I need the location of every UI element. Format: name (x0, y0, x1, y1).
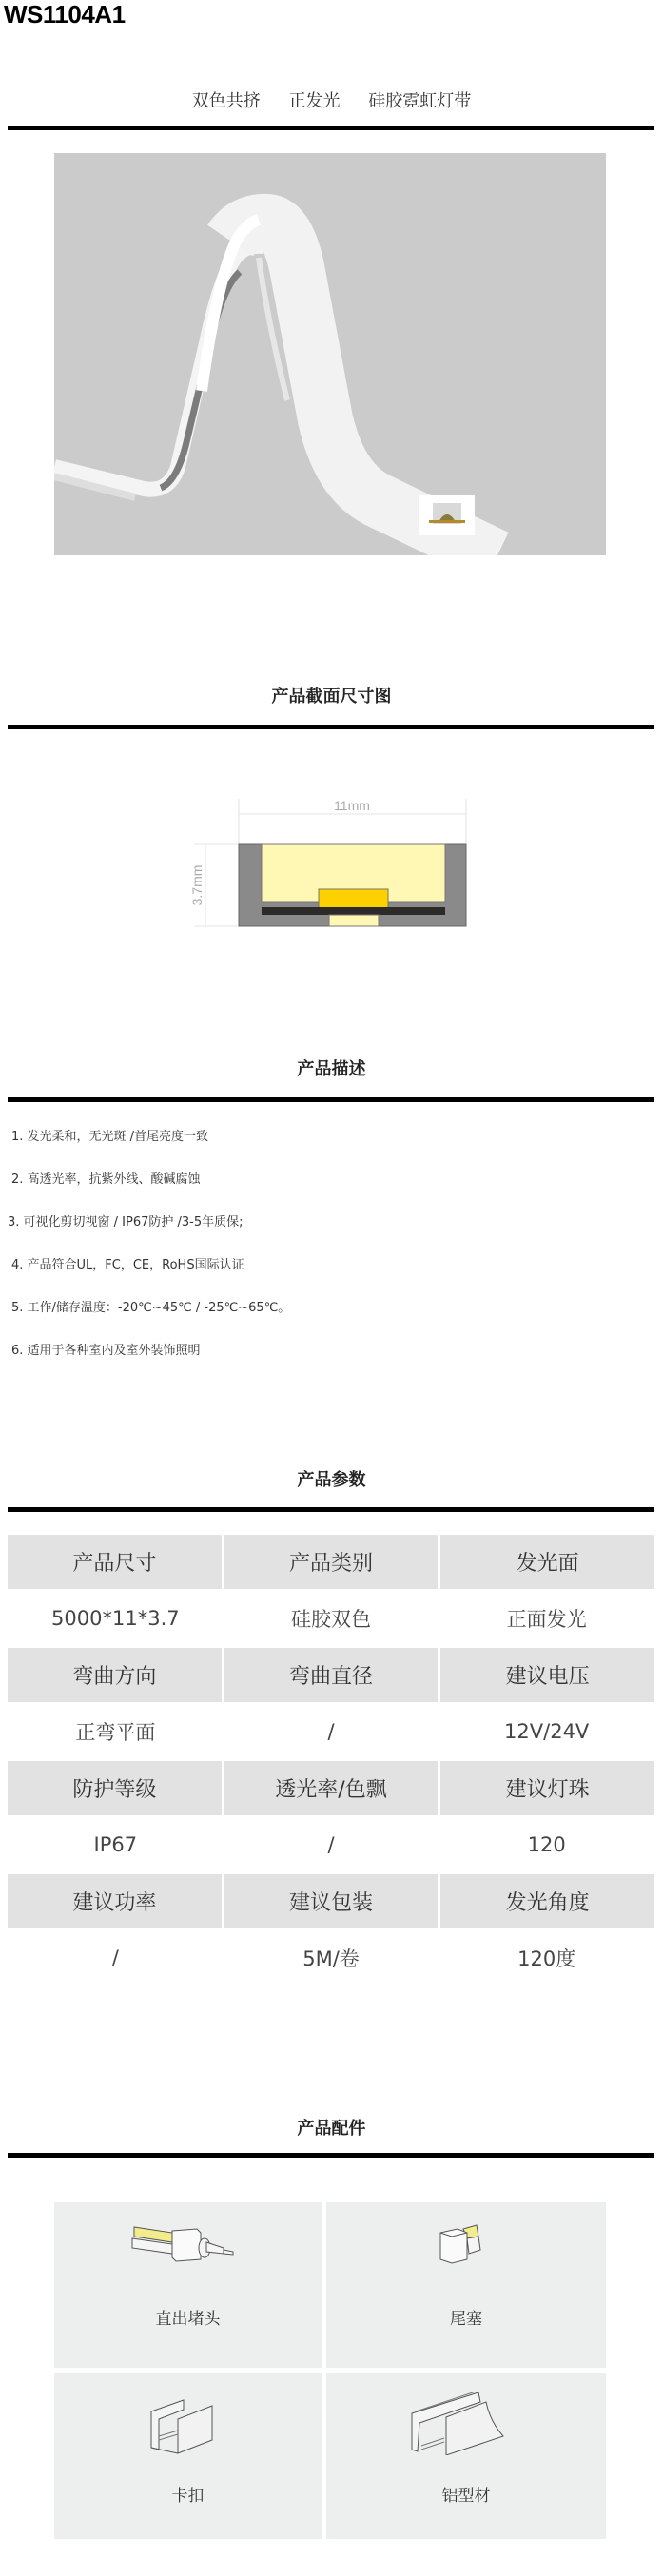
product-model-title: WS1104A1 (4, 0, 126, 29)
table-row: IP67 / 120 (8, 1815, 654, 1874)
table-header-cell: 建议功率 (8, 1874, 222, 1928)
section-title-parameters: 产品参数 (0, 1466, 663, 1491)
accessory-label: 卡扣 (54, 2482, 322, 2506)
table-header-cell: 发光面 (440, 1535, 654, 1589)
table-cell: 120度 (439, 1928, 654, 1987)
table-cell: 正面发光 (439, 1589, 654, 1648)
accessory-label: 直出堵头 (54, 2305, 322, 2329)
table-header-row: 弯曲方向 弯曲直径 建议电压 (8, 1648, 654, 1702)
accessory-label: 尾塞 (326, 2305, 606, 2329)
description-item: 1. 发光柔和，无光斑 /首尾亮度一致 (11, 1126, 208, 1144)
height-dimension-label: 3.7mm (189, 865, 205, 906)
divider (8, 1097, 654, 1102)
description-item: 4. 产品符合UL，FC，CE，RoHS国际认证 (11, 1254, 244, 1272)
accessory-card-aluminum-profile: 铝型材 (326, 2373, 606, 2539)
hero-product-image (54, 153, 606, 555)
parameters-table: 产品尺寸 产品类别 发光面 5000*11*3.7 硅胶双色 正面发光 弯曲方向… (8, 1535, 654, 1987)
cross-section-diagram: 11mm 3.7mm (181, 789, 485, 941)
table-header-cell: 建议包装 (224, 1874, 439, 1928)
table-header-cell: 透光率/色飘 (224, 1761, 439, 1815)
accessory-label: 铝型材 (326, 2482, 606, 2506)
feature-tag: 正发光 (289, 91, 341, 111)
table-cell: IP67 (8, 1815, 224, 1874)
neon-strip-illustration (54, 153, 606, 555)
description-item: 5. 工作/储存温度：-20℃~45℃ / -25℃~65℃。 (11, 1297, 290, 1315)
table-cell: 12V/24V (439, 1702, 654, 1761)
feature-tagline: 双色共挤 正发光 硅胶霓虹灯带 (0, 87, 663, 112)
table-row: / 5M/卷 120度 (8, 1928, 654, 1987)
accessory-card-mounting-clip: 卡扣 (54, 2373, 322, 2539)
table-cell: / (224, 1815, 439, 1874)
straight-end-cap-icon (130, 2221, 235, 2269)
table-cell: 120 (439, 1815, 654, 1874)
table-header-cell: 发光角度 (440, 1874, 654, 1928)
section-title-cross-section: 产品截面尺寸图 (0, 683, 663, 707)
table-header-cell: 弯曲方向 (8, 1648, 222, 1702)
table-header-row: 防护等级 透光率/色飘 建议灯珠 (8, 1761, 654, 1815)
width-dimension-label: 11mm (334, 798, 370, 813)
description-item: 2. 高透光率，抗紫外线、酸碱腐蚀 (11, 1169, 201, 1187)
table-cell: 5M/卷 (224, 1928, 439, 1987)
table-cell: 5000*11*3.7 (8, 1589, 224, 1648)
accessory-card-straight-end-cap: 直出堵头 (54, 2202, 322, 2368)
table-header-cell: 产品类别 (224, 1535, 439, 1589)
divider (8, 725, 654, 729)
table-cell: / (224, 1702, 439, 1761)
table-cell: / (8, 1928, 224, 1987)
table-header-cell: 产品尺寸 (8, 1535, 222, 1589)
section-title-description: 产品描述 (0, 1056, 663, 1080)
table-row: 5000*11*3.7 硅胶双色 正面发光 (8, 1589, 654, 1648)
divider (8, 1507, 654, 1512)
table-header-cell: 弯曲直径 (224, 1648, 439, 1702)
aluminum-profile-icon (410, 2392, 505, 2455)
table-header-row: 建议功率 建议包装 发光角度 (8, 1874, 654, 1928)
feature-tag: 硅胶霓虹灯带 (368, 91, 471, 111)
table-cell: 硅胶双色 (224, 1589, 439, 1648)
tail-plug-icon (439, 2223, 486, 2265)
table-header-cell: 建议电压 (440, 1648, 654, 1702)
table-header-row: 产品尺寸 产品类别 发光面 (8, 1535, 654, 1589)
description-item: 3. 可视化剪切视窗 / IP67防护 /3-5年质保; (8, 1211, 244, 1230)
section-title-accessories: 产品配件 (0, 2115, 663, 2140)
table-row: 正弯平面 / 12V/24V (8, 1702, 654, 1761)
accessory-card-tail-plug: 尾塞 (326, 2202, 606, 2368)
divider (8, 126, 654, 130)
table-header-cell: 防护等级 (8, 1761, 222, 1815)
table-cell: 正弯平面 (8, 1702, 224, 1761)
table-header-cell: 建议灯珠 (440, 1761, 654, 1815)
divider (8, 2153, 654, 2158)
mounting-clip-icon (149, 2398, 216, 2457)
feature-tag: 双色共挤 (192, 91, 261, 111)
description-item: 6. 适用于各种室内及室外装饰照明 (11, 1340, 201, 1358)
